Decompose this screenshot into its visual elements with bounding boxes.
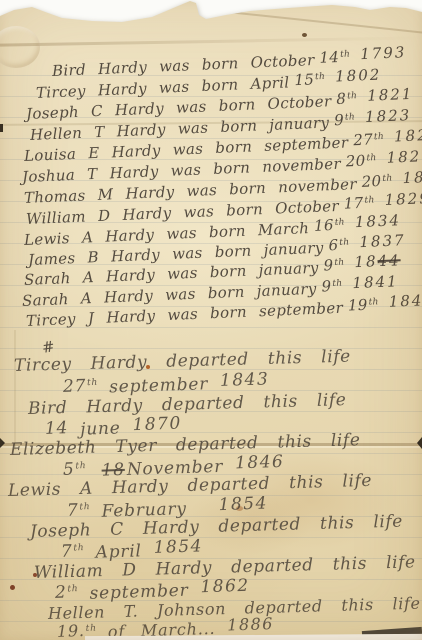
scan-vignette xyxy=(0,0,422,640)
scanned-document: Bird Hardy was born October14th1793 Tirc… xyxy=(0,0,422,640)
paper-sheet: Bird Hardy was born October14th1793 Tirc… xyxy=(0,0,422,640)
paper-sheet-wrap: Bird Hardy was born October14th1793 Tirc… xyxy=(0,0,422,640)
